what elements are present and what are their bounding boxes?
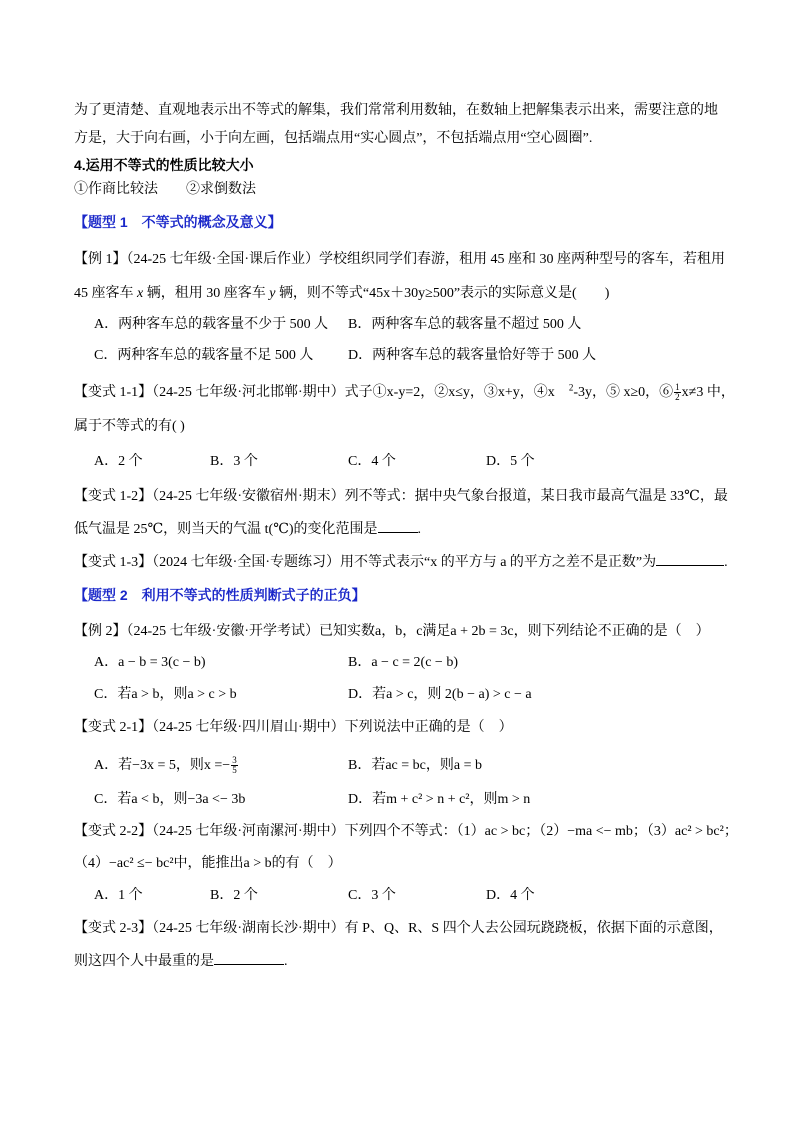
variant-1-1-line-2: 属于不等式的有( ) [74,417,185,437]
problem-source: （24-25 七年级·湖南长沙·期中） [152,921,345,936]
option-b[interactable]: B．2 个 [210,886,258,906]
problem-source: （24-25 七年级·全国·课后作业） [127,252,320,267]
variant-2-1-line-1: 【变式 2-1】（24-25 七年级·四川眉山·期中）下列说法中正确的是（ ） [74,718,513,738]
option-d[interactable]: D．4 个 [486,886,535,906]
variant-2-2-line-2: （4）−ac² ≤− bc²中，能推出a > b的有（ ） [74,854,342,874]
option-d[interactable]: D．5 个 [486,452,535,472]
answer-blank[interactable] [214,950,284,965]
option-b[interactable]: B．a − c = 2(c − b) [348,653,458,673]
problem-label: 【变式 1-1】 [74,385,152,400]
option-d[interactable]: D．若m + c² > n + c²，则m > n [348,790,530,810]
variant-1-2-line-1: 【变式 1-2】（24-25 七年级·安徽宿州·期末）列不等式：据中央气象台报道… [74,487,728,507]
problem-label: 【变式 1-2】 [74,489,152,504]
fraction: 12 [674,383,681,402]
intro-line-1: 为了更清楚、直观地表示出不等式的解集，我们常常利用数轴，在数轴上把解集表示出来，… [74,101,718,121]
option-d[interactable]: D．两种客车总的载客量恰好等于 500 人 [348,346,596,366]
example-1-line-1: 【例 1】（24-25 七年级·全国·课后作业）学校组织同学们春游，租用 45 … [74,250,725,270]
option-d[interactable]: D．若a > c，则 2(b − a) > c − a [348,685,532,705]
option-b[interactable]: B．3 个 [210,452,258,472]
option-c[interactable]: C．若a < b，则−3a <− 3b [94,790,245,810]
variant-1-2-line-2: 低气温是 25℃，则当天的气温 t(℃)的变化范围是. [74,518,421,540]
problem-source: （24-25 七年级·河南漯河·期中） [152,824,345,839]
variant-2-3-line-2: 则这四个人中最重的是. [74,950,288,972]
option-a[interactable]: A．若−3x = 5，则x =−35 [94,756,239,776]
option-c[interactable]: C．4 个 [348,452,396,472]
intro-line-2: 方是，大于向右画，小于向左画，包括端点用“实心圆点”，不包括端点用“空心圆圈”. [74,129,592,149]
methods-line: ①作商比较法②求倒数法 [74,180,256,200]
example-2-line-1: 【例 2】（24-25 七年级·安徽·开学考试）已知实数a，b，c满足a + 2… [74,622,710,642]
section-title-1: 【题型 1 不等式的概念及意义】 [74,212,282,232]
method-2: ②求倒数法 [186,182,256,197]
problem-label: 【例 2】 [74,624,127,639]
answer-blank[interactable] [656,551,724,566]
fraction: 35 [231,756,238,775]
option-a[interactable]: A．两种客车总的载客量不少于 500 人 [94,315,328,335]
option-c[interactable]: C．若a > b，则a > c > b [94,685,237,705]
problem-label: 【变式 2-2】 [74,824,152,839]
problem-label: 【例 1】 [74,252,127,267]
problem-label: 【变式 2-1】 [74,720,152,735]
problem-label: 【变式 1-3】 [74,555,152,570]
variant-1-1-line-1: 【变式 1-1】（24-25 七年级·河北邯郸·期中）式子①x-y=2，②x≤y… [74,383,735,403]
document-page: 为了更清楚、直观地表示出不等式的解集，我们常常利用数轴，在数轴上把解集表示出来，… [0,0,793,1122]
option-b[interactable]: B．两种客车总的载客量不超过 500 人 [348,315,581,335]
example-1-line-2: 45 座客车 x 辆，租用 30 座客车 y 辆，则不等式“45x＋30y≥50… [74,284,609,304]
problem-source: （24-25 七年级·河北邯郸·期中） [152,385,345,400]
option-a[interactable]: A．2 个 [94,452,143,472]
section-title-2: 【题型 2 利用不等式的性质判断式子的正负】 [74,585,366,605]
problem-source: （2024 七年级·全国·专题练习） [152,555,340,570]
heading-compare-size: 4.运用不等式的性质比较大小 [74,155,254,175]
method-1: ①作商比较法 [74,182,158,197]
problem-source: （24-25 七年级·安徽宿州·期末） [152,489,345,504]
variant-2-2-line-1: 【变式 2-2】（24-25 七年级·河南漯河·期中）下列四个不等式：（1）ac… [74,822,738,842]
variant-2-3-line-1: 【变式 2-3】（24-25 七年级·湖南长沙·期中）有 P、Q、R、S 四个人… [74,919,723,939]
option-a[interactable]: A．1 个 [94,886,143,906]
variant-1-3-line-1: 【变式 1-3】（2024 七年级·全国·专题练习）用不等式表示“x 的平方与 … [74,551,728,573]
option-c[interactable]: C．3 个 [348,886,396,906]
option-c[interactable]: C．两种客车总的载客量不足 500 人 [94,346,313,366]
answer-blank[interactable] [378,518,418,533]
option-a[interactable]: A．a − b = 3(c − b) [94,653,206,673]
problem-source: （24-25 七年级·四川眉山·期中） [152,720,345,735]
option-b[interactable]: B．若ac = bc，则a = b [348,756,482,776]
problem-label: 【变式 2-3】 [74,921,152,936]
problem-source: （24-25 七年级·安徽·开学考试） [127,624,320,639]
